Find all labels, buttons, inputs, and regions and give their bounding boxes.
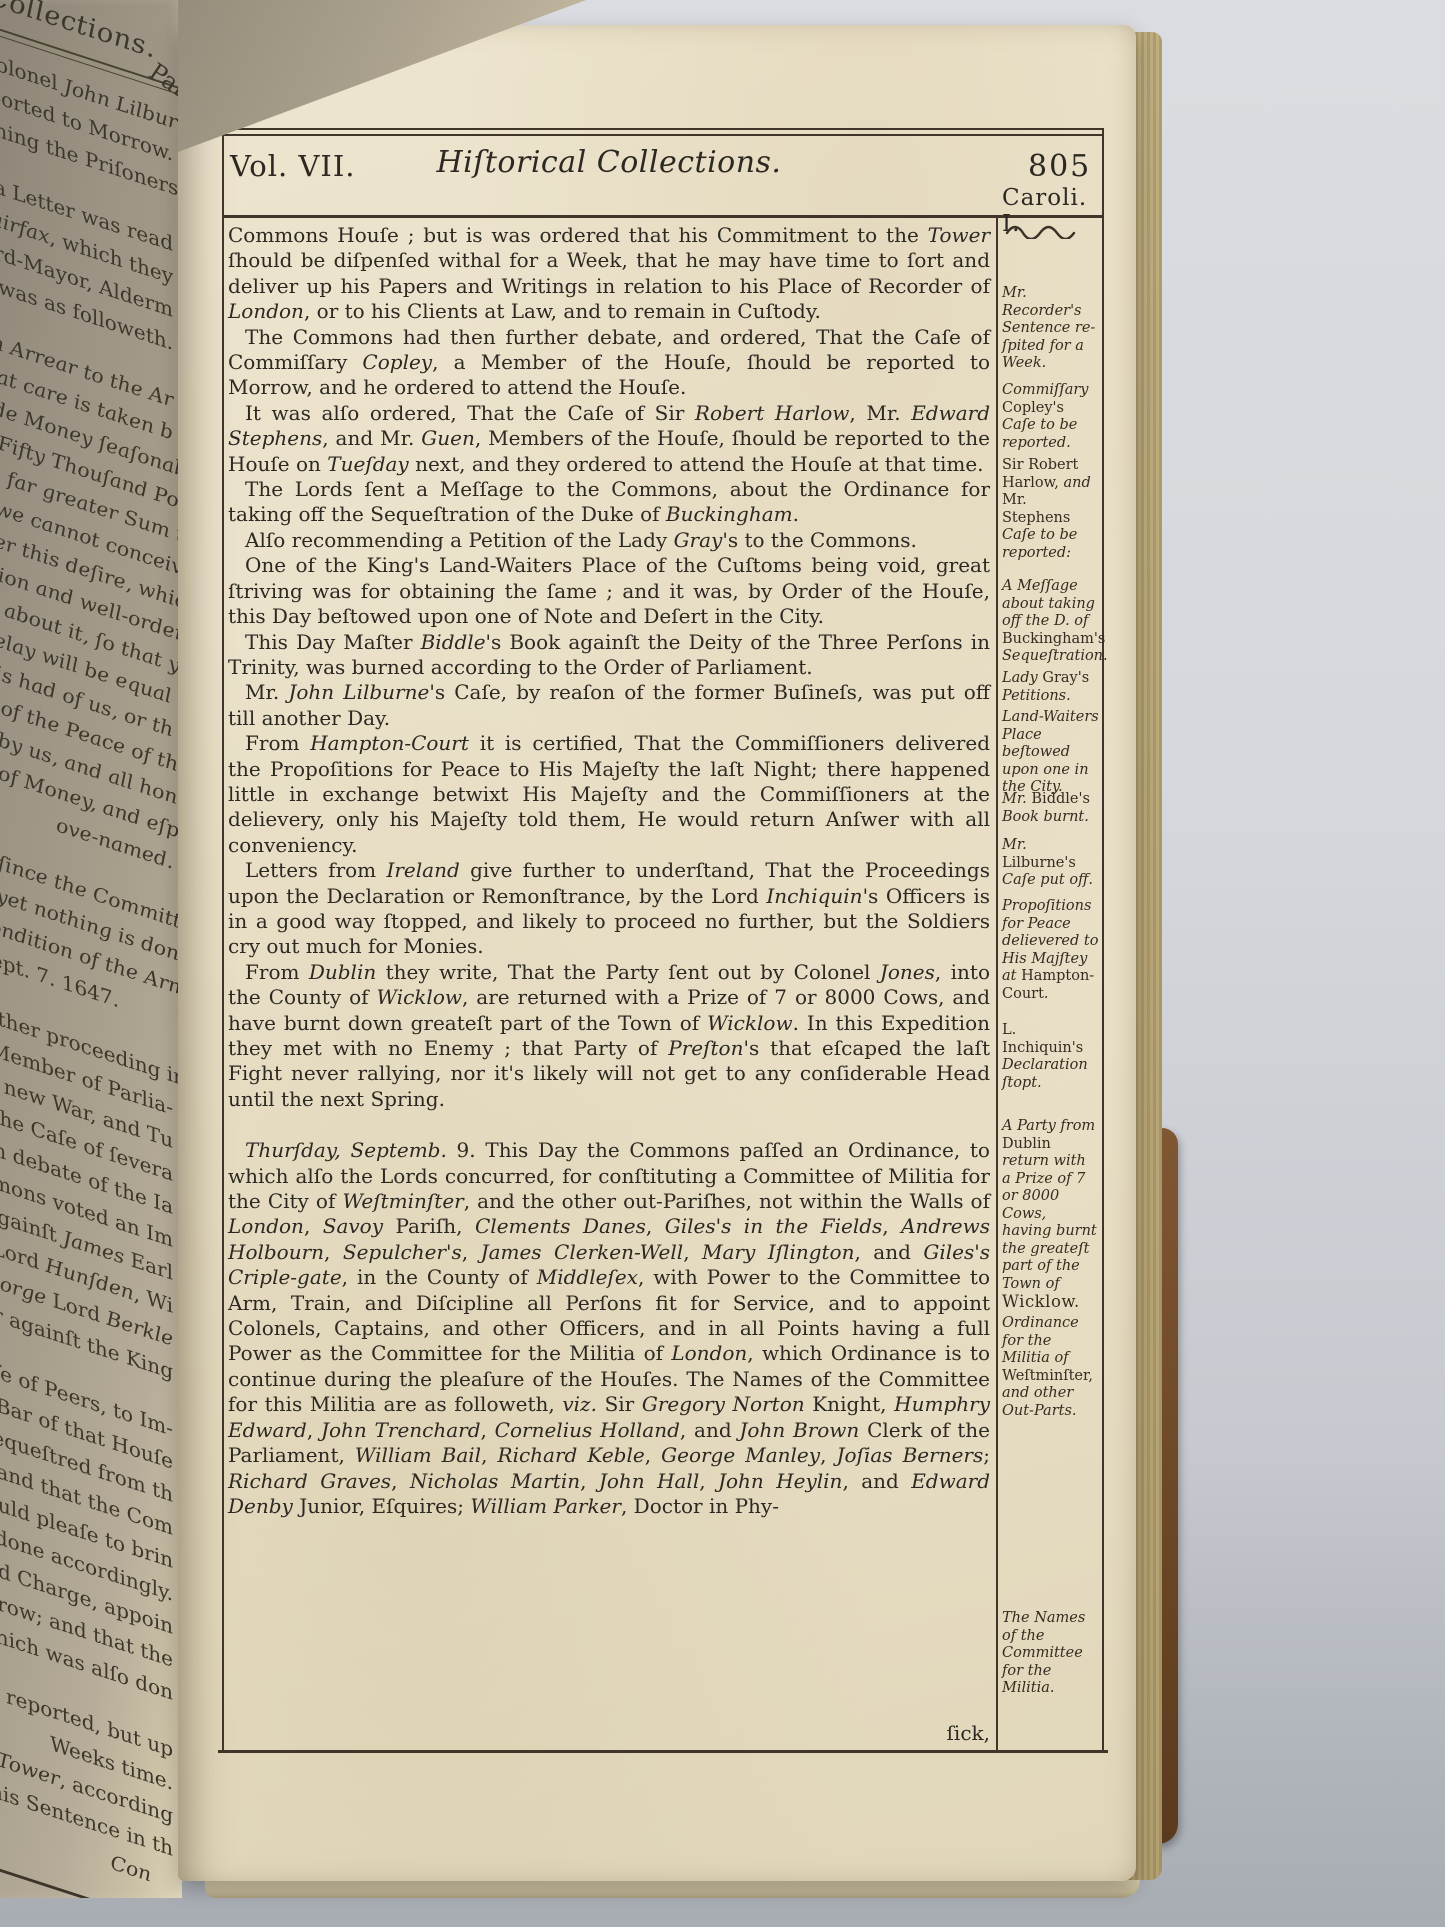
margin-note: A Meſſage about taking off the D. of Buc…	[1002, 578, 1099, 666]
margin-divider-rule	[996, 215, 998, 1752]
running-header: Vol. VII. Hiſtorical Collections.	[228, 141, 990, 211]
margin-note: Mr. Lilburne's Caſe put off.	[1002, 837, 1099, 890]
frame-top-rule-2	[222, 134, 1104, 136]
paragraph: Thurſday, Septemb. 9. This Day the Commo…	[228, 1138, 990, 1519]
catchword: ſick,	[228, 1721, 990, 1745]
paragraph: From Hampton-Court it is certified, That…	[228, 731, 990, 858]
margin-note: Sir Robert Harlow, and Mr. Stephens Caſe…	[1002, 457, 1099, 562]
page-title: Hiſtorical Collections.	[228, 145, 990, 180]
paragraph: Alſo recommending a Petition of the Lady…	[228, 528, 990, 553]
paragraph: Mr. John Lilburne's Caſe, by reaſon of t…	[228, 680, 990, 731]
frame-bottom-rule	[218, 1750, 1108, 1753]
paragraph: Letters from Ireland give further to und…	[228, 858, 990, 960]
paragraph: It was alſo ordered, That the Caſe of Si…	[228, 401, 990, 477]
paragraph: This Day Maſter Biddle's Book againſt th…	[228, 630, 990, 681]
left-book-page: Collections.t Lieutenant Colonel John Li…	[0, 0, 182, 1898]
left-page-text-block: Collections.t Lieutenant Colonel John Li…	[0, 0, 182, 1898]
margin-note: Commiſſary Copley's Caſe to be reported.	[1002, 382, 1099, 452]
margin-note: Land-Waiters Place beſtowed upon one in …	[1002, 709, 1099, 797]
paragraph: The Lords ſent a Meſſage to the Commons,…	[228, 477, 990, 528]
margin-note: Ordinance for the Militia of Weſtminſter…	[1002, 1315, 1099, 1420]
frame-top-rule	[222, 128, 1104, 130]
open-book-photo: Collections.t Lieutenant Colonel John Li…	[0, 0, 1445, 1927]
frame-right-rule	[1102, 128, 1104, 1752]
wave-ornament-icon	[1004, 223, 1084, 239]
margin-note: Propoſitions for Peace delievered to His…	[1002, 898, 1099, 1003]
margin-note: Mr. Biddle's Book burnt.	[1002, 791, 1099, 826]
left-page-lines: Collections.t Lieutenant Colonel John Li…	[0, 0, 182, 1898]
header-bottom-rule	[222, 215, 1104, 218]
page-number: 805	[1028, 149, 1100, 184]
paragraph: One of the King's Land-Waiters Place of …	[228, 553, 990, 629]
margin-note: The Names of the Committee for the Milit…	[1002, 1610, 1099, 1698]
margin-note: A Party from Dublin return with a Prize …	[1002, 1118, 1099, 1313]
paragraph: Commons Houſe ; but is was ordered that …	[228, 223, 990, 325]
book-block-bottom-edge	[205, 1878, 1140, 1898]
margin-note: Lady Gray's Petitions.	[1002, 670, 1099, 705]
paragraph: From Dublin they write, That the Party ſ…	[228, 960, 990, 1112]
frame-left-rule	[222, 128, 224, 1752]
margin-note: L. Inchiquin's Declaration ſtopt.	[1002, 1022, 1099, 1092]
paragraph: The Commons had then further debate, and…	[228, 325, 990, 401]
main-text-column: Commons Houſe ; but is was ordered that …	[228, 223, 990, 1519]
right-book-page: Vol. VII. Hiſtorical Collections. 805 Co…	[178, 25, 1136, 1881]
margin-note: Mr. Recorder's Sentence re-ſpited for a …	[1002, 285, 1099, 373]
